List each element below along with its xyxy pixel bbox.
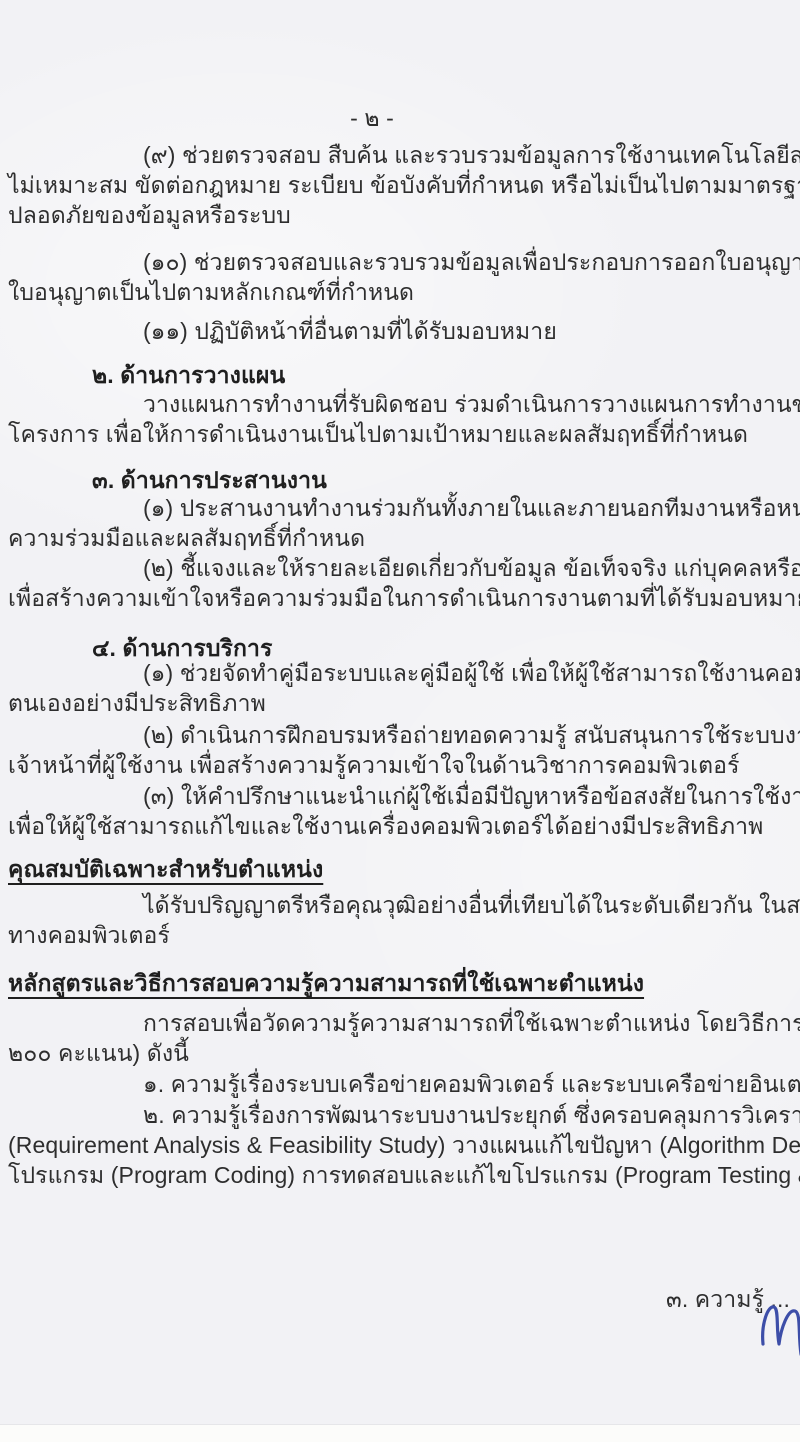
service-item-2: (๒) ดำเนินการฝึกอบรมหรือถ่ายทอดความรู้ ส…	[8, 720, 794, 780]
coordination-item-1: (๑) ประสานงานทำงานร่วมกันทั้งภายในและภาย…	[8, 493, 794, 553]
qualification-heading: คุณสมบัติเฉพาะสำหรับตำแหน่ง	[8, 854, 788, 884]
duty-item-9: (๙) ช่วยตรวจสอบ สืบค้น และรวบรวมข้อมูลกา…	[8, 140, 794, 230]
pen-stroke-icon	[758, 1298, 800, 1366]
coordination-item-2: (๒) ชี้แจงและให้รายละเอียดเกี่ยวกับข้อมู…	[8, 553, 794, 613]
exam-topic-1: ๑. ความรู้เรื่องระบบเครือข่ายคอมพิวเตอร์…	[8, 1069, 794, 1099]
exam-method-heading: หลักสูตรและวิธีการสอบความรู้ความสามารถที…	[8, 968, 788, 998]
section-heading-planning: ๒. ด้านการวางแผน	[92, 360, 792, 390]
duty-item-11: (๑๑) ปฏิบัติหน้าที่อื่นตามที่ได้รับมอบหม…	[8, 316, 794, 346]
scanned-document-page: - ๒ - (๙) ช่วยตรวจสอบ สืบค้น และรวบรวมข้…	[0, 0, 800, 1442]
duty-item-10: (๑๐) ช่วยตรวจสอบและรวบรวมข้อมูลเพื่อประก…	[8, 247, 794, 307]
planning-paragraph: วางแผนการทำงานที่รับผิดชอบ ร่วมดำเนินการ…	[8, 389, 794, 449]
service-item-1: (๑) ช่วยจัดทำคู่มือระบบและคู่มือผู้ใช้ เ…	[8, 658, 794, 718]
section-heading-coordination: ๓. ด้านการประสานงาน	[92, 465, 792, 495]
qualification-paragraph: ได้รับปริญญาตรีหรือคุณวุฒิอย่างอื่นที่เท…	[8, 890, 794, 950]
exam-topic-2: ๒. ความรู้เรื่องการพัฒนาระบบงานประยุกต์ …	[8, 1100, 794, 1190]
service-item-3: (๓) ให้คำปรึกษาแนะนำแก่ผู้ใช้เมื่อมีปัญห…	[8, 781, 794, 841]
handwritten-initial-mark	[758, 1298, 800, 1366]
scan-bottom-edge	[0, 1424, 800, 1442]
exam-intro-paragraph: การสอบเพื่อวัดความรู้ความสามารถที่ใช้เฉพ…	[8, 1008, 794, 1068]
page-number: - ๒ -	[0, 103, 744, 133]
